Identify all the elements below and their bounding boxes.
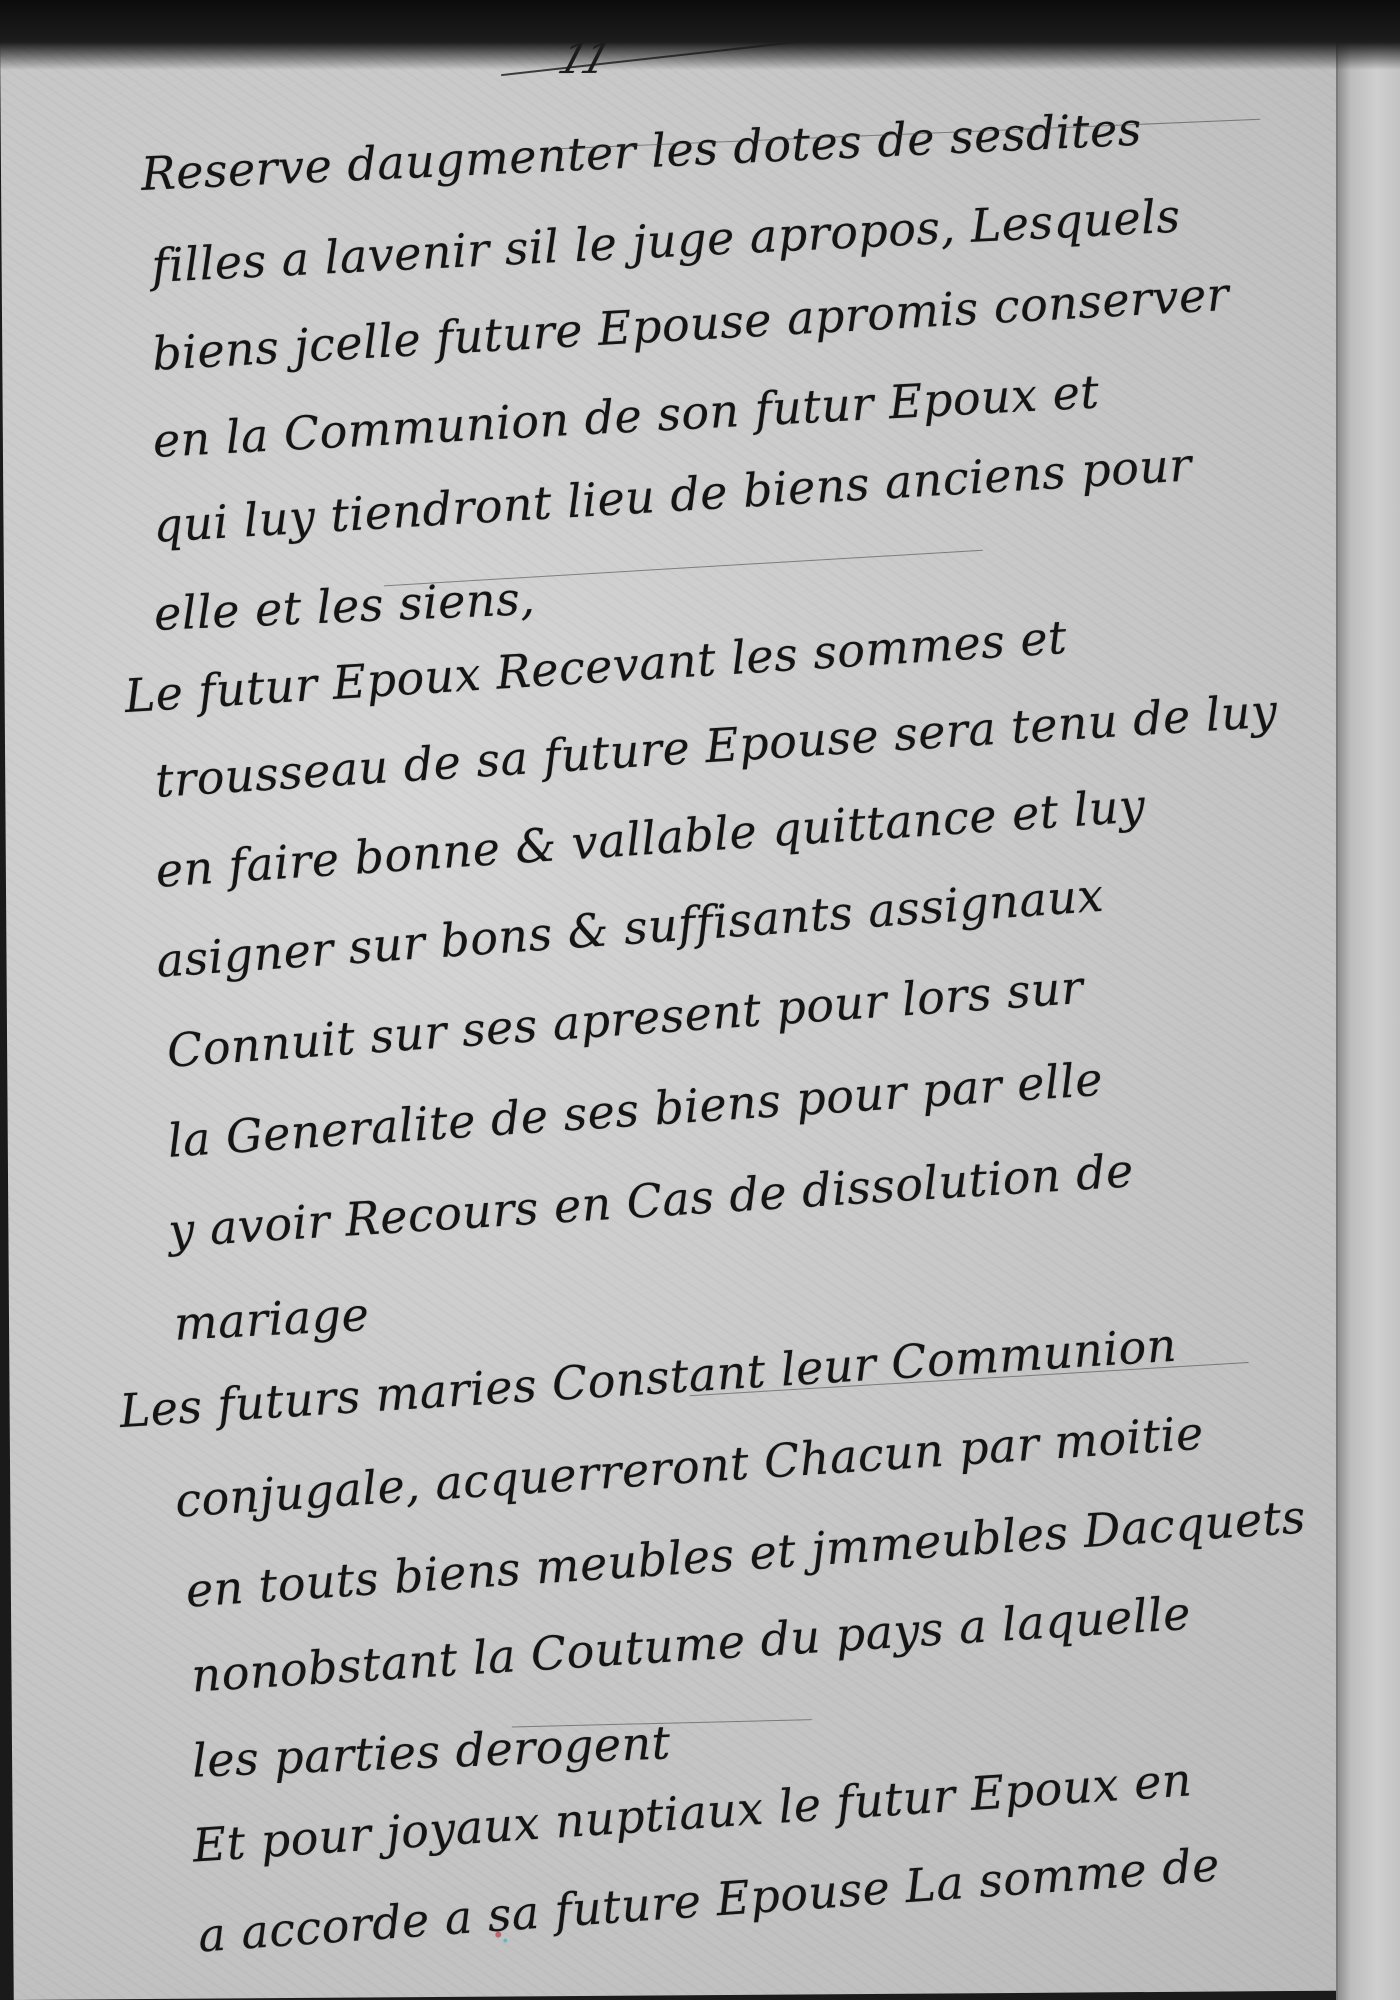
cyan-ink-mark <box>503 1939 507 1943</box>
top-shadow <box>0 0 1400 70</box>
red-ink-mark <box>495 1932 501 1938</box>
manuscript-page: 11 Reserve daugmenter les dotes de sesdi… <box>0 21 1354 2000</box>
text-line-1: Reserve daugmenter les dotes de sesdites <box>140 102 1143 201</box>
text-line-13: y avoir Recours en Cas de dissolution de <box>167 1143 1136 1258</box>
adjacent-page-edge <box>1336 34 1400 2000</box>
text-line-12: la Generalite de ses biens pour par elle <box>166 1052 1105 1168</box>
text-line-6: elle et les siens, <box>153 571 536 641</box>
text-line-19: les parties derogent <box>191 1715 672 1787</box>
manuscript-text: Reserve daugmenter les dotes de sesdites… <box>0 21 1354 2000</box>
text-line-14: mariage <box>173 1287 371 1351</box>
